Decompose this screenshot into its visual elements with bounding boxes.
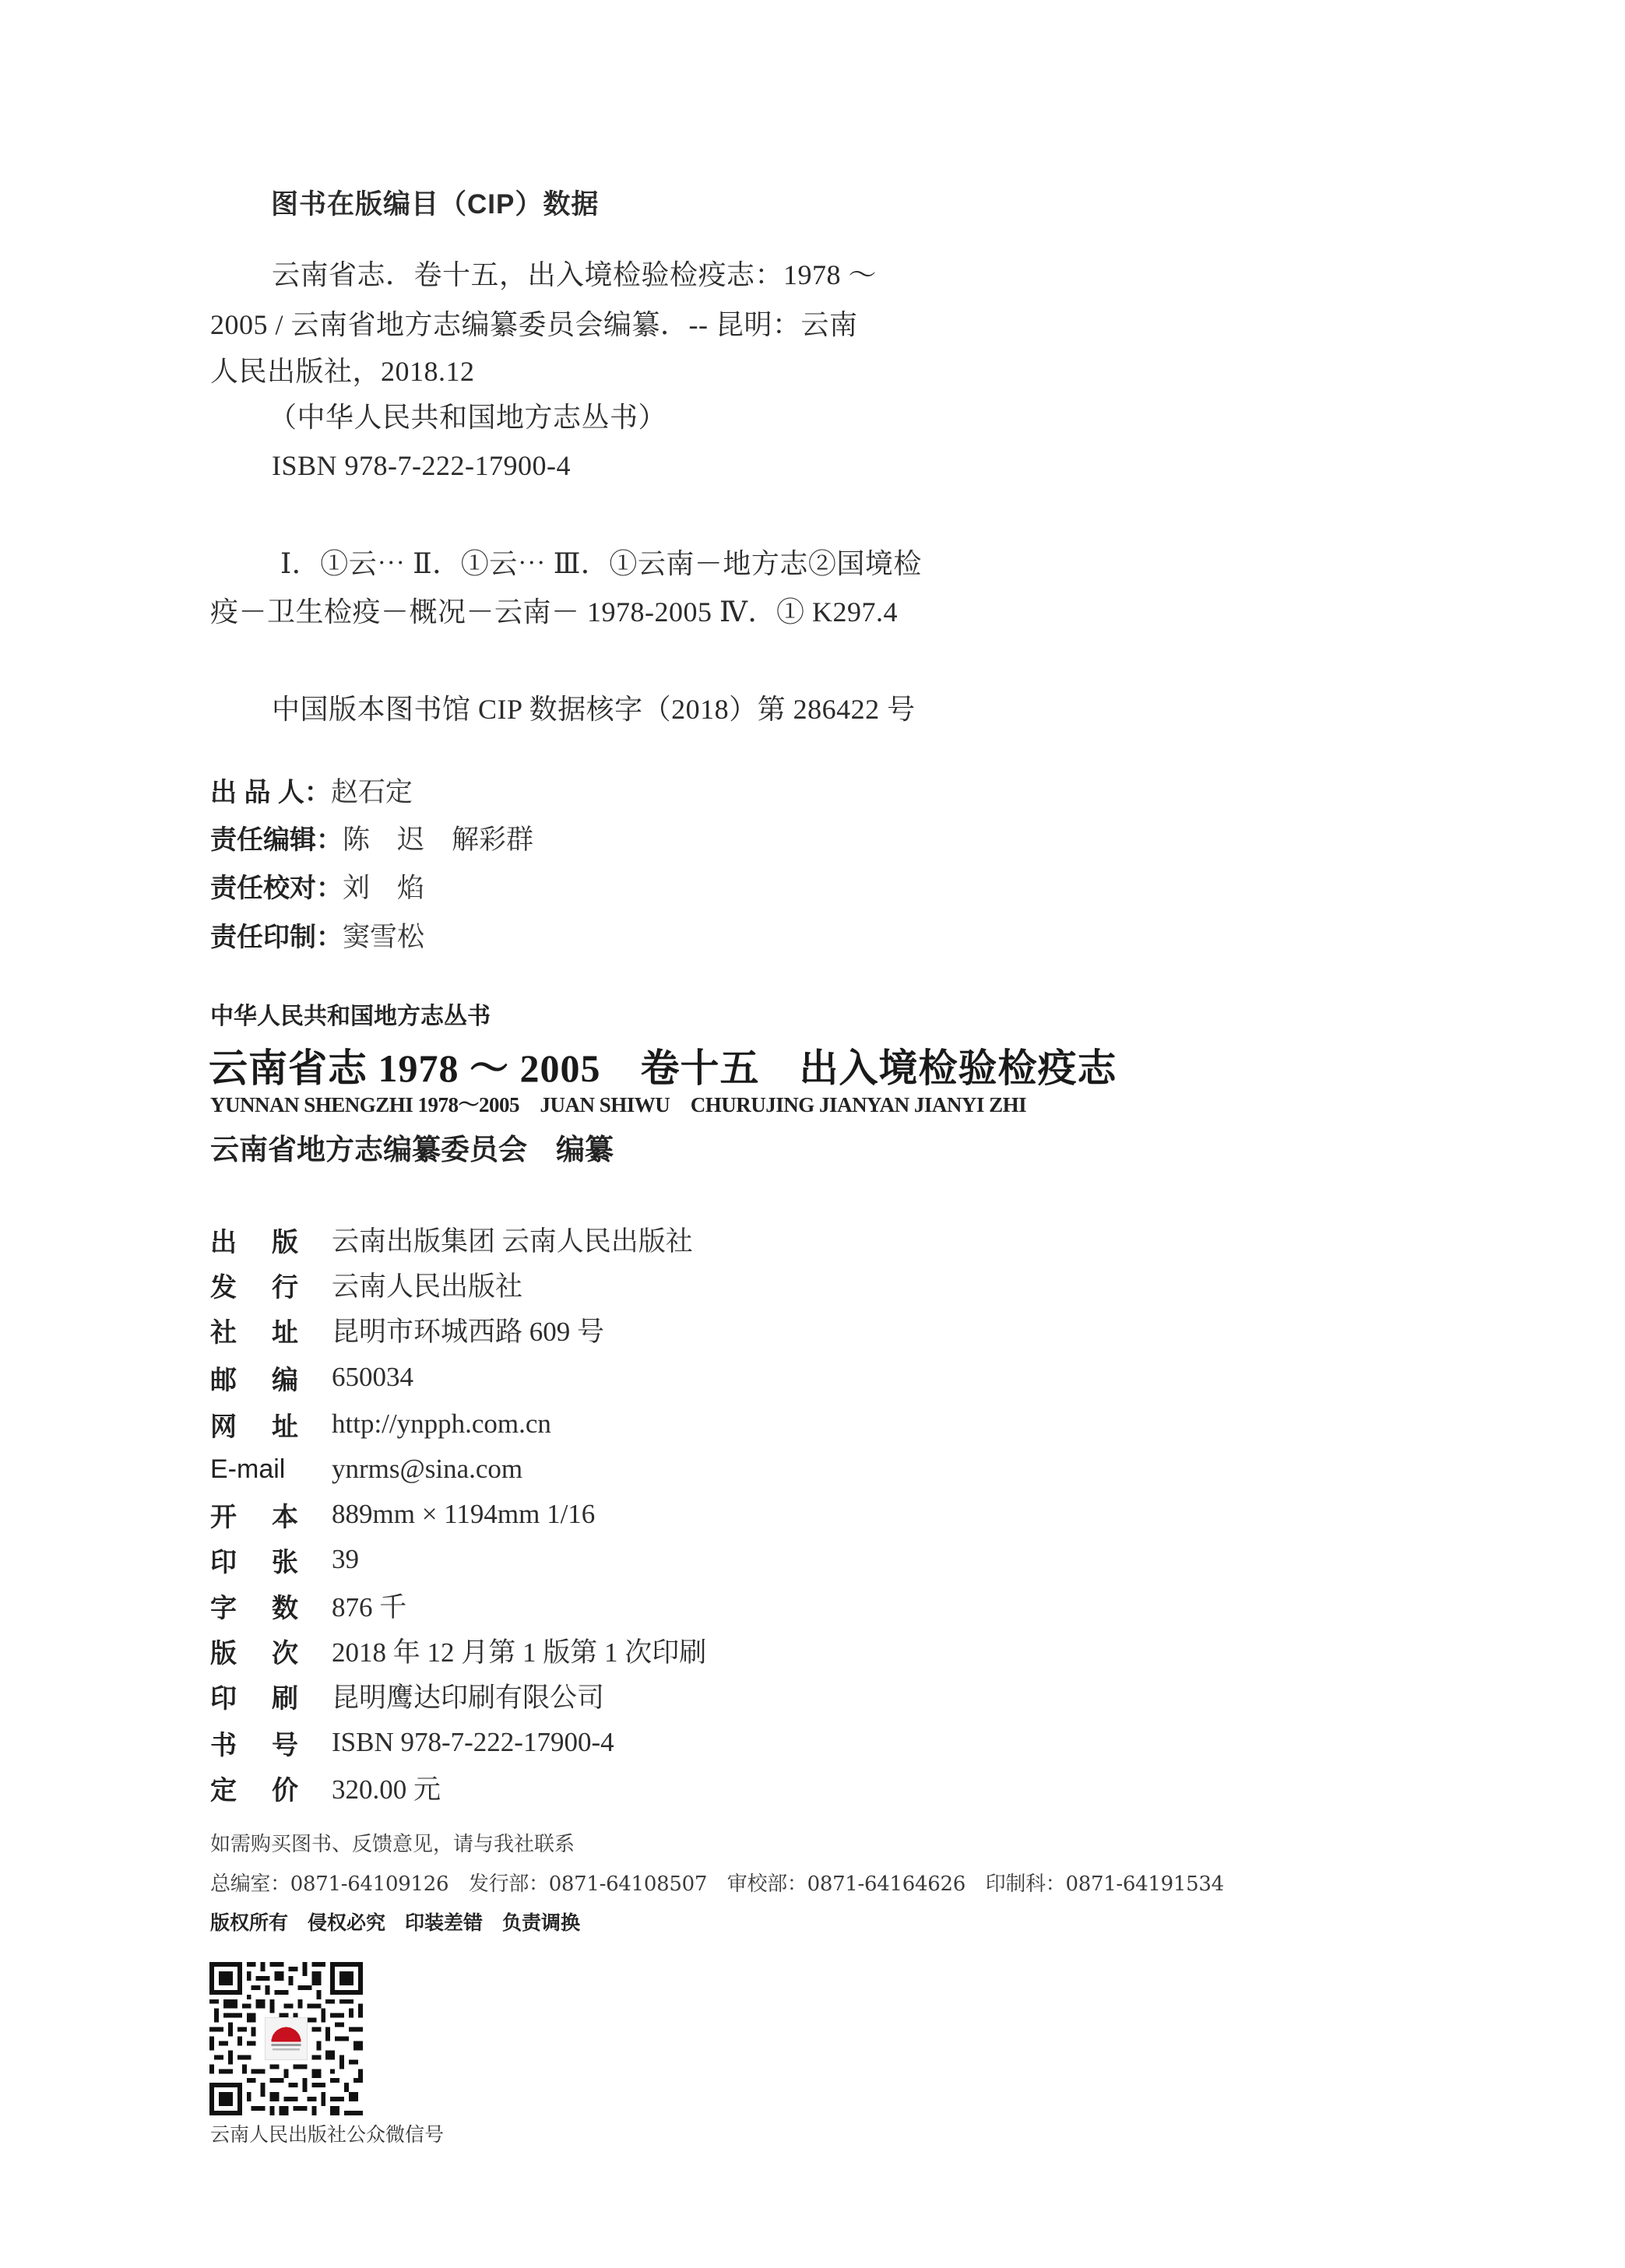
info-label: 版次 bbox=[210, 1632, 332, 1670]
cip-approval-number: 中国版本图书馆 CIP 数据核字（2018）第 286422 号 bbox=[272, 695, 916, 723]
cip-line: （中华人民共和国地方志丛书） bbox=[269, 403, 667, 431]
info-row-address: 社址 昆明市环城西路 609 号 bbox=[210, 1314, 604, 1345]
info-row-distributor: 发行 云南人民出版社 bbox=[210, 1269, 522, 1300]
credit-row: 责任校对：刘 焰 bbox=[210, 874, 424, 902]
contact-phones: 总编室：0871-64109126 发行部：0871-64108507 审校部：… bbox=[210, 1874, 1224, 1894]
info-value: 2018 年 12 月第 1 版第 1 次印刷 bbox=[332, 1631, 706, 1670]
info-value: 昆明市环城西路 609 号 bbox=[332, 1310, 604, 1349]
credit-label: 责任印制： bbox=[210, 923, 343, 952]
series-name: 中华人民共和国地方志丛书 bbox=[210, 1005, 491, 1029]
cip-line: 人民出版社，2018.12 bbox=[210, 357, 475, 385]
info-value: 39 bbox=[332, 1544, 359, 1575]
info-row-printer: 印刷 昆明鹰达印刷有限公司 bbox=[210, 1680, 604, 1711]
info-row-edition: 版次 2018 年 12 月第 1 版第 1 次印刷 bbox=[210, 1635, 706, 1666]
info-value: 昆明鹰达印刷有限公司 bbox=[332, 1676, 604, 1715]
copyright-notice: 版权所有 侵权必究 印装差错 负责调换 bbox=[210, 1913, 580, 1932]
book-title-pinyin: YUNNAN SHENGZHI 1978～2005 JUAN SHIWU CHU… bbox=[210, 1095, 1026, 1116]
cip-heading: 图书在版编目（CIP）数据 bbox=[271, 191, 599, 218]
info-row-website: 网址 http://ynpph.com.cn bbox=[210, 1408, 551, 1440]
info-label: 出版 bbox=[210, 1221, 332, 1259]
info-value: 889mm × 1194mm 1/16 bbox=[332, 1499, 595, 1530]
info-row-email: E-mail ynrms@sina.com bbox=[210, 1454, 522, 1485]
cip-isbn: ISBN 978-7-222-17900-4 bbox=[272, 452, 571, 480]
info-label: 印张 bbox=[210, 1541, 332, 1579]
info-value: 650034 bbox=[332, 1362, 413, 1393]
book-title: 云南省志 1978 ～ 2005 卷十五 出入境检验检疫志 bbox=[209, 1049, 1117, 1088]
info-label: 网址 bbox=[210, 1405, 332, 1443]
cip-line: 云南省志．卷十五，出入境检验检疫志：1978 ～ bbox=[272, 261, 877, 289]
info-value: ISBN 978-7-222-17900-4 bbox=[332, 1727, 614, 1758]
credit-value: 窦雪松 bbox=[343, 922, 424, 952]
info-value: 云南人民出版社 bbox=[332, 1265, 522, 1304]
credit-value: 陈 迟 解彩群 bbox=[343, 825, 533, 855]
info-value: 云南出版集团 云南人民出版社 bbox=[332, 1220, 693, 1259]
info-label: 发行 bbox=[210, 1266, 332, 1304]
info-label: E-mail bbox=[210, 1454, 332, 1485]
info-label: 印刷 bbox=[210, 1677, 332, 1715]
info-row-isbn: 书号 ISBN 978-7-222-17900-4 bbox=[210, 1727, 614, 1758]
qr-caption: 云南人民出版社公众微信号 bbox=[210, 2125, 444, 2144]
qr-code-icon[interactable] bbox=[209, 1962, 363, 2115]
info-row-format: 开本 889mm × 1194mm 1/16 bbox=[210, 1499, 595, 1530]
info-row-postcode: 邮编 650034 bbox=[210, 1362, 413, 1393]
info-row-sheets: 印张 39 bbox=[210, 1544, 359, 1575]
credit-row: 责任印制：窦雪松 bbox=[210, 923, 424, 951]
credit-label: 责任编辑： bbox=[210, 825, 343, 855]
info-value: 876 千 bbox=[332, 1586, 406, 1625]
compiler: 云南省地方志编纂委员会 编纂 bbox=[210, 1135, 614, 1164]
credit-value: 刘 焰 bbox=[343, 873, 424, 903]
info-row-word-count: 字数 876 千 bbox=[210, 1590, 406, 1621]
credit-label: 出 品 人： bbox=[210, 778, 331, 807]
info-row-publisher: 出版 云南出版集团 云南人民出版社 bbox=[210, 1224, 693, 1255]
credit-row: 出 品 人：赵石定 bbox=[210, 779, 413, 806]
info-value: 320.00 元 bbox=[332, 1768, 441, 1807]
website-link[interactable]: http://ynpph.com.cn bbox=[332, 1408, 551, 1440]
info-row-price: 定价 320.00 元 bbox=[210, 1772, 441, 1803]
cip-line: 2005 / 云南省地方志编纂委员会编纂．-- 昆明：云南 bbox=[210, 311, 857, 339]
classification-line: Ⅰ．①云⋯ Ⅱ．①云⋯ Ⅲ．①云南－地方志②国境检 bbox=[280, 550, 922, 578]
info-label: 开本 bbox=[210, 1496, 332, 1534]
info-label: 社址 bbox=[210, 1311, 332, 1349]
purchase-notice: 如需购买图书、反馈意见，请与我社联系 bbox=[210, 1834, 575, 1855]
credit-label: 责任校对： bbox=[210, 874, 343, 903]
credit-row: 责任编辑：陈 迟 解彩群 bbox=[210, 826, 533, 853]
info-label: 字数 bbox=[210, 1587, 332, 1625]
info-label: 邮编 bbox=[210, 1359, 332, 1397]
info-label: 书号 bbox=[210, 1724, 332, 1762]
email-link[interactable]: ynrms@sina.com bbox=[332, 1454, 522, 1485]
classification-line: 疫－卫生检疫－概况－云南－ 1978-2005 Ⅳ．① K297.4 bbox=[210, 598, 898, 626]
info-label: 定价 bbox=[210, 1769, 332, 1807]
credit-value: 赵石定 bbox=[331, 777, 413, 807]
